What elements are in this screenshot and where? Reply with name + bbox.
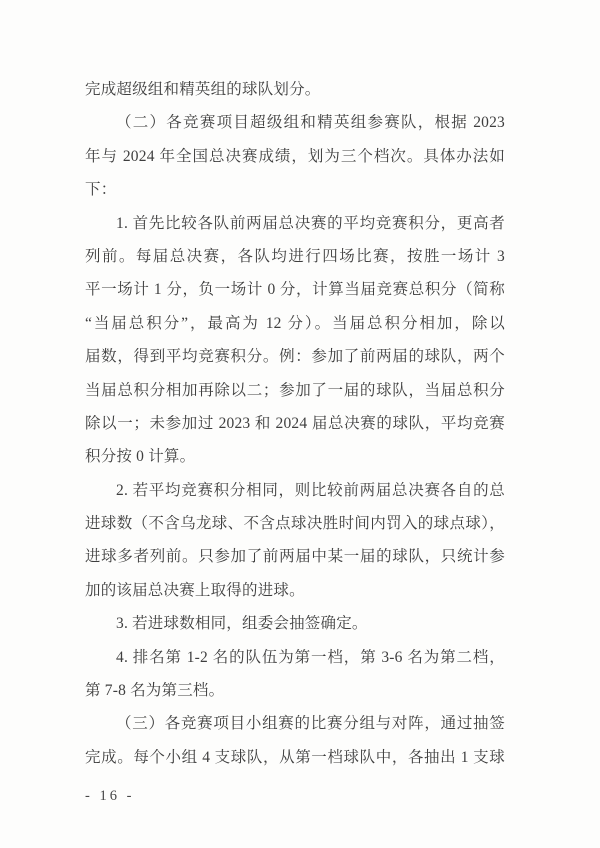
text-line: 2. 若平均竞赛积分相同，则比较前两届总决赛各自的总 — [85, 474, 505, 507]
text-line: 当届总积分相加再除以二；参加了一届的球队，当届总积分 — [85, 374, 505, 407]
text-line: 除以一；未参加过 2023 和 2024 届总决赛的球队，平均竞赛 — [85, 407, 505, 440]
document-page: 完成超级组和精英组的球队划分。 （二）各竞赛项目超级组和精英组参赛队，根据 20… — [0, 0, 600, 848]
text-line: 1. 首先比较各队前两届总决赛的平均竞赛积分，更高者 — [85, 207, 505, 240]
text-line: 完成超级组和精英组的球队划分。 — [85, 73, 505, 106]
text-line: 进球数（不含乌龙球、不含点球决胜时间内罚入的球点球）， — [85, 507, 505, 540]
document-body: 完成超级组和精英组的球队划分。 （二）各竞赛项目超级组和精英组参赛队，根据 20… — [85, 73, 505, 774]
text-line: 完成。每个小组 4 支球队，从第一档球队中，各抽出 1 支球 — [85, 741, 505, 774]
text-line: 3. 若进球数相同，组委会抽签确定。 — [85, 607, 505, 640]
text-line: 年与 2024 年全国总决赛成绩，划为三个档次。具体办法如 — [85, 140, 505, 173]
text-line: 进球多者列前。只参加了前两届中某一届的球队，只统计参 — [85, 540, 505, 573]
text-line: （二）各竞赛项目超级组和精英组参赛队，根据 2023 — [85, 106, 505, 139]
text-line: 4. 排名第 1-2 名的队伍为第一档，第 3-6 名为第二档， — [85, 641, 505, 674]
text-line: 积分按 0 计算。 — [85, 440, 505, 473]
text-line: 平一场计 1 分，负一场计 0 分，计算当届竞赛总积分（简称 — [85, 273, 505, 306]
text-line: 加的该届总决赛上取得的进球。 — [85, 574, 505, 607]
text-line: “当届总积分”，最高为 12 分）。当届总积分相加，除以 — [85, 307, 505, 340]
text-line: 届数，得到平均竞赛积分。例：参加了前两届的球队，两个 — [85, 340, 505, 373]
page-number: - 16 - — [85, 788, 134, 805]
text-line: 列前。每届总决赛，各队均进行四场比赛，按胜一场计 3 分， — [85, 240, 505, 273]
text-line: 下： — [85, 173, 505, 206]
text-line: 第 7-8 名为第三档。 — [85, 674, 505, 707]
text-line: （三）各竞赛项目小组赛的比赛分组与对阵，通过抽签 — [85, 707, 505, 740]
